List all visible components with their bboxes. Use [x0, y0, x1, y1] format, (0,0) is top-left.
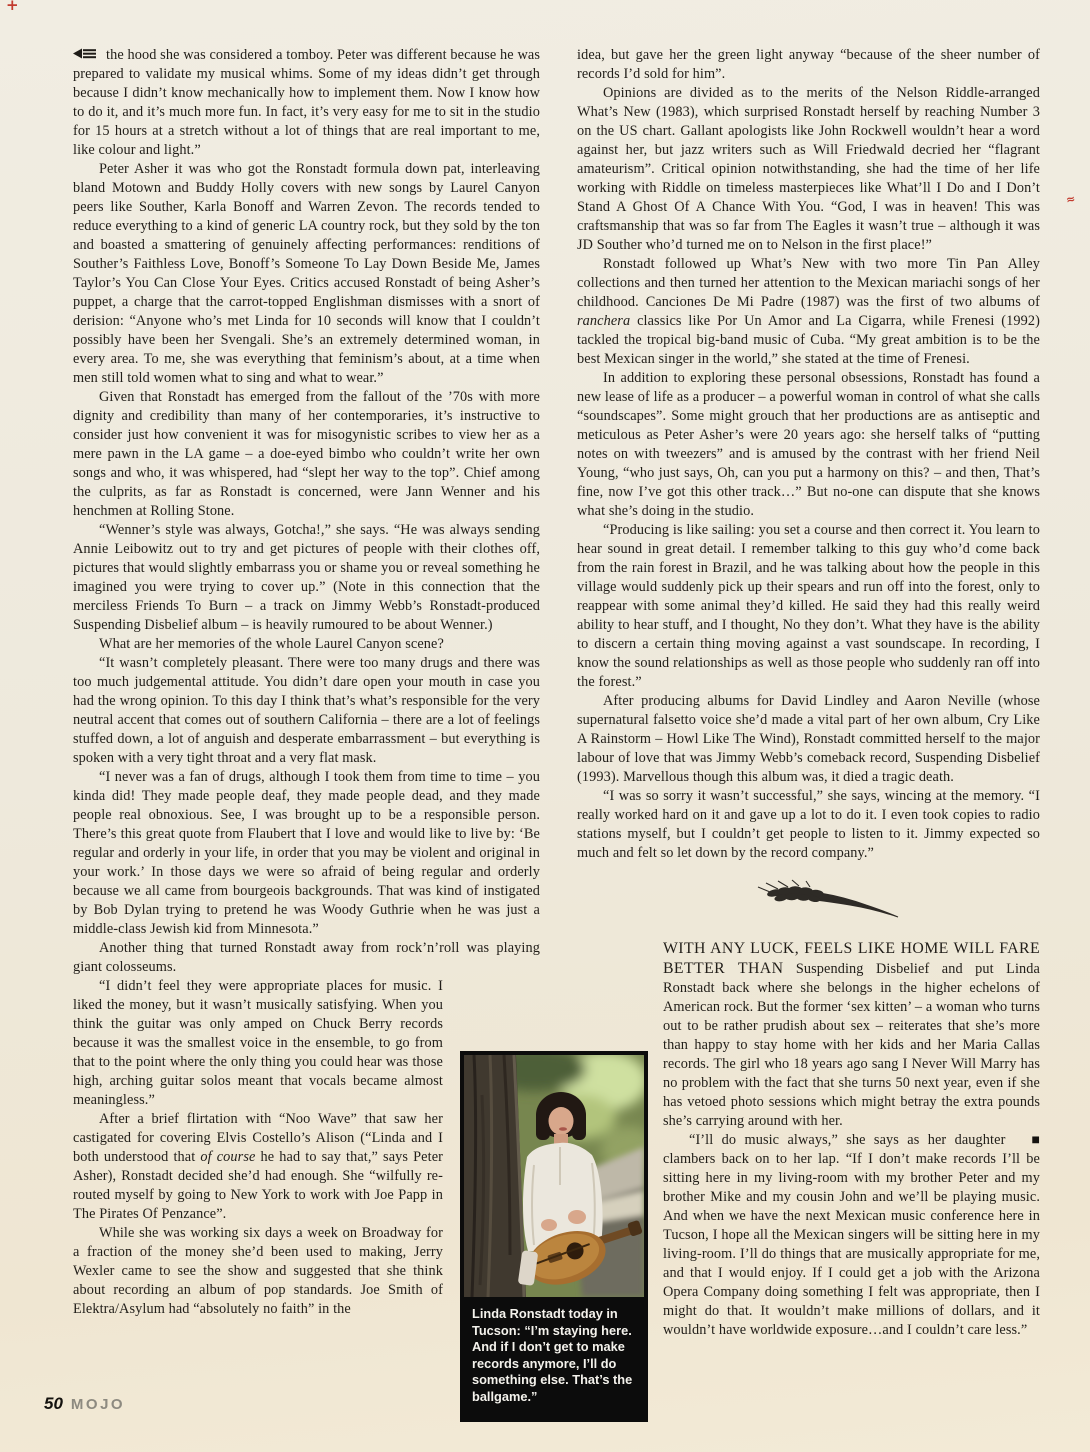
end-of-article-marker: ■	[1005, 1131, 1040, 1150]
linda-ronstadt-photo	[464, 1055, 644, 1297]
paragraph-text: Suspending Disbelief and put Linda Ronst…	[663, 961, 1040, 1129]
print-registration-mark: +	[6, 0, 19, 14]
paragraph: idea, but gave her the green light anywa…	[577, 46, 1040, 84]
italic-phrase: ranchera	[577, 313, 630, 329]
paragraph: “I was so sorry it wasn’t successful,” s…	[577, 787, 1040, 863]
photo-caption: Linda Ronstadt today in Tucson: “I’m sta…	[464, 1297, 644, 1421]
page-number: 50	[44, 1394, 63, 1413]
print-registration-mark: ≈	[1065, 192, 1076, 206]
paragraph: “I never was a fan of drugs, although I …	[73, 768, 540, 939]
paragraph: In addition to exploring these personal …	[577, 369, 1040, 521]
paragraph: Another thing that turned Ronstadt away …	[73, 939, 540, 977]
paragraph: “Wenner’s style was always, Gotcha!,” sh…	[73, 521, 540, 635]
paragraph: What are her memories of the whole Laure…	[73, 635, 540, 654]
paragraph: “It wasn’t completely pleasant. There we…	[73, 654, 540, 768]
magazine-name: MOJO	[71, 1396, 125, 1413]
paragraph-text: “I’ll do music always,” she says as her …	[663, 1132, 1040, 1338]
paragraph: “Producing is like sailing: you set a co…	[577, 521, 1040, 692]
paragraph-text: classics like Por Un Amor and La Cigarra…	[577, 313, 1040, 367]
paragraph: After producing albums for David Lindley…	[577, 692, 1040, 787]
wheat-sprig-icon	[754, 879, 904, 921]
paragraph: Opinions are divided as to the merits of…	[577, 84, 1040, 255]
magazine-page: + ≈ the hood she was considered a tomboy…	[0, 0, 1090, 1452]
paragraph: Given that Ronstadt has emerged from the…	[73, 388, 540, 521]
paragraph: Peter Asher it was who got the Ronstadt …	[73, 160, 540, 388]
continued-from-marker-icon	[73, 46, 98, 65]
section-divider	[617, 879, 1040, 927]
italic-phrase: of course	[200, 1149, 255, 1165]
paragraph: the hood she was considered a tomboy. Pe…	[73, 46, 540, 160]
linda-ronstadt-photo-block: Linda Ronstadt today in Tucson: “I’m sta…	[461, 1052, 647, 1421]
paragraph: Ronstadt followed up What’s New with two…	[577, 255, 1040, 369]
paragraph-text: the hood she was considered a tomboy. Pe…	[73, 47, 540, 158]
page-footer: 50MOJO	[44, 1394, 125, 1414]
paragraph-text: Ronstadt followed up What’s New with two…	[577, 256, 1040, 310]
